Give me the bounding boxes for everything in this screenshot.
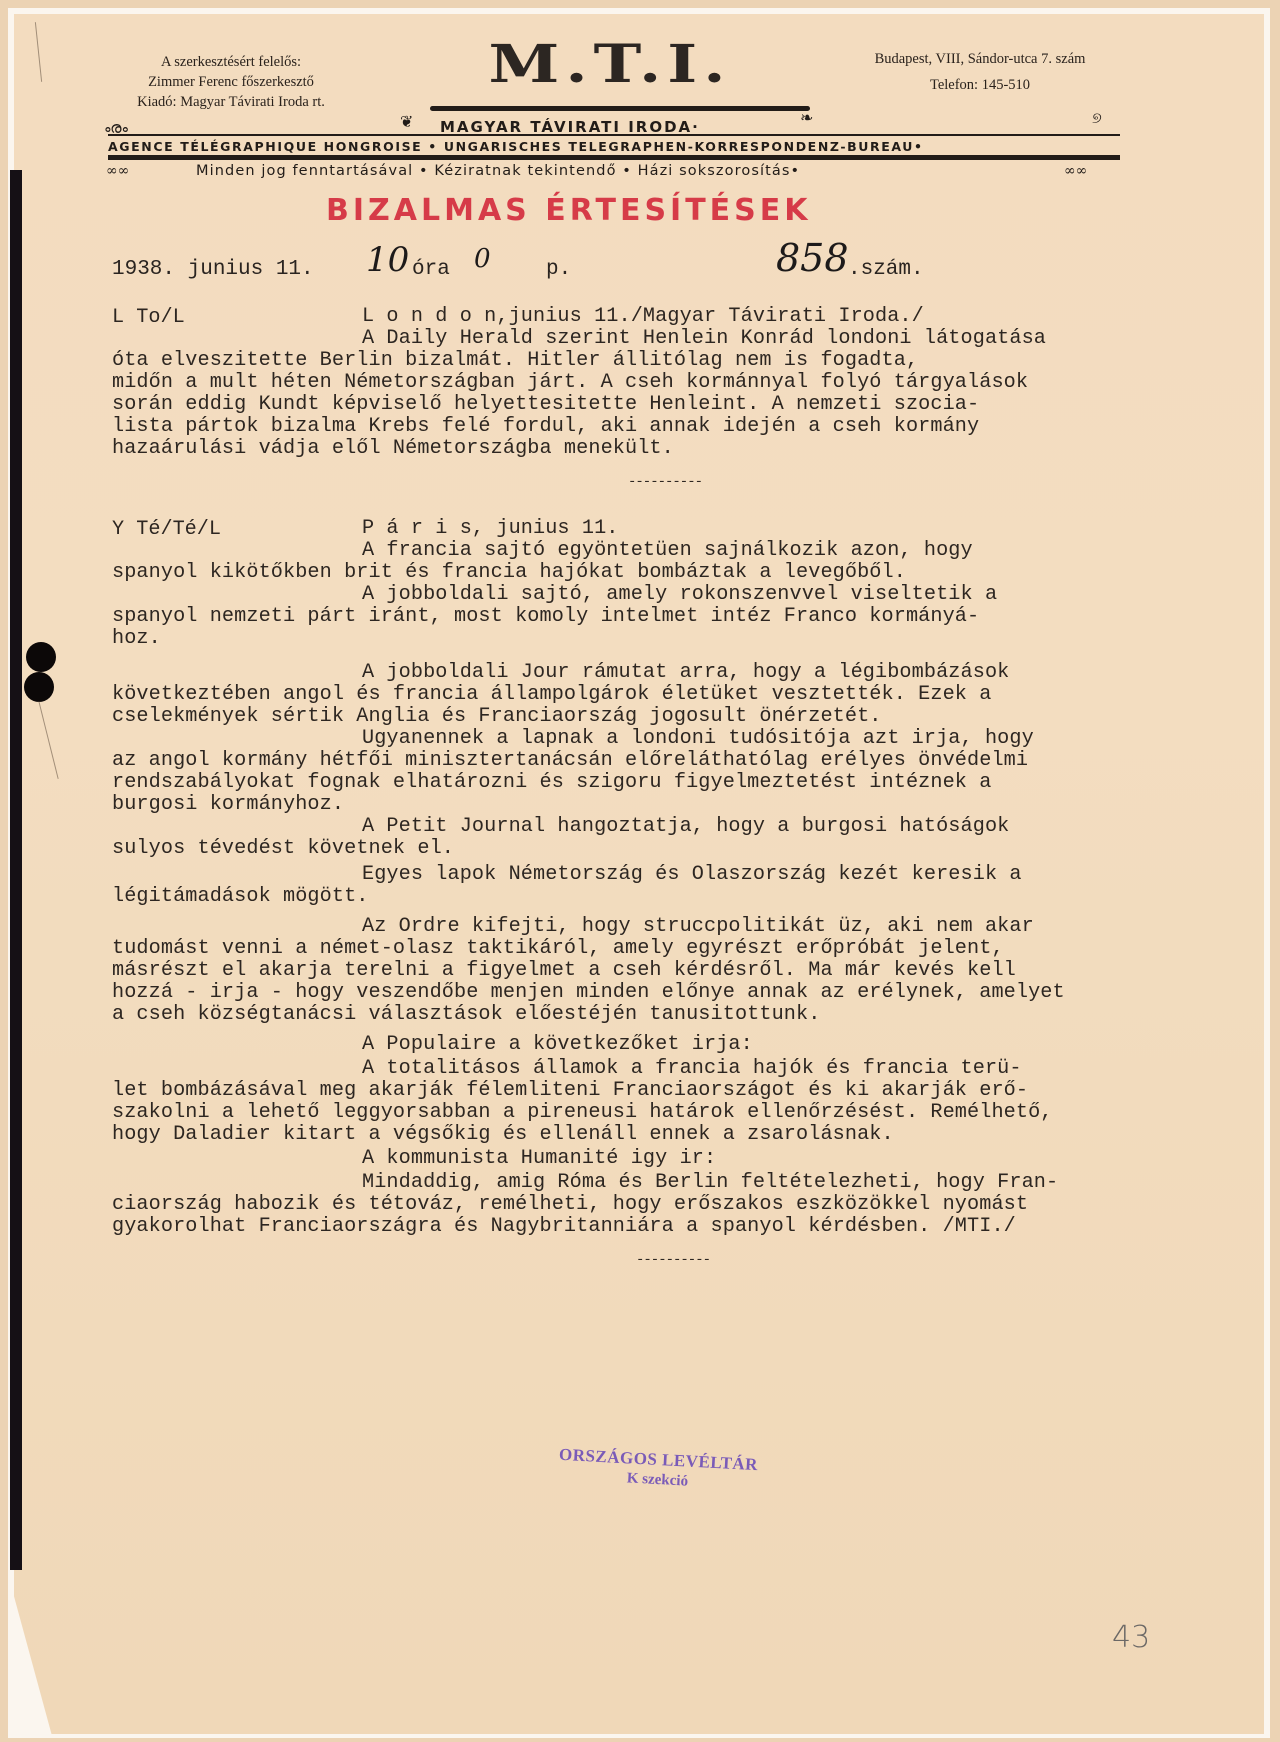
report-line: A Petit Journal hangoztatja, hogy a burg…	[362, 816, 1009, 838]
report-line: Mindaddig, amig Róma és Berlin feltétele…	[362, 1172, 1058, 1194]
report-line: let bombázásával meg akarják félemliteni…	[112, 1080, 1028, 1102]
report-line: A francia sajtó egyöntetüen sajnálkozik …	[362, 540, 973, 562]
punch-hole-icon	[26, 642, 56, 672]
report-line: következtében angol és francia állampolg…	[112, 684, 991, 706]
phone-line: Telefon: 145-510	[820, 72, 1140, 98]
editor-line: A szerkesztésért felelős:	[92, 52, 370, 72]
report-line: Az Ordre kifejti, hogy struccpolitikát ü…	[362, 916, 1034, 938]
mti-logo: M.T.I.	[420, 42, 800, 88]
address-line: Budapest, VIII, Sándor-utca 7. szám	[820, 46, 1140, 72]
issue-date: 1938. junius 11.	[112, 258, 314, 281]
page-number: 43	[1112, 1620, 1150, 1655]
report-line: a cseh községtanácsi választások előesté…	[112, 1004, 820, 1026]
report-line: A kommunista Humanité igy ir:	[362, 1148, 716, 1170]
report-line: hoz.	[112, 628, 161, 650]
handwritten-minute: 0	[474, 244, 491, 274]
report-line: hogy Daladier kitart a végsőkig és ellen…	[112, 1124, 894, 1146]
flourish-ornament-icon: ❧	[800, 108, 813, 127]
report-heading: L o n d o n,junius 11./Magyar Távirati I…	[362, 306, 924, 328]
report-line: Egyes lapok Németország és Olaszország k…	[362, 864, 1022, 886]
report-line: tudomást venni a német-olasz taktikáról,…	[112, 938, 1004, 960]
letterhead-editor-info: A szerkesztésért felelős: Zimmer Ferenc …	[92, 52, 370, 112]
report-line: hozzá - irja - hogy veszendőbe menjen mi…	[112, 982, 1065, 1004]
hour-label: óra	[412, 258, 450, 281]
rights-notice: Minden jog fenntartásával • Kéziratnak t…	[196, 163, 800, 179]
report-code: L To/L	[112, 306, 185, 329]
report-line: A jobboldali Jour rámutat arra, hogy a l…	[362, 662, 1009, 684]
flourish-ornament-icon: ∞∞	[1064, 163, 1087, 179]
report-line: az angol kormány hétfői minisztertanácsá…	[112, 750, 1028, 772]
report-separator: ----------	[628, 474, 702, 490]
report-line: óta elveszitette Berlin bizalmát. Hitler…	[112, 350, 918, 372]
report-line: sulyos tévedést követnek el.	[112, 838, 454, 860]
report-line: Ugyanennek a lapnak a londoni tudósitója…	[362, 728, 1034, 750]
report-line: légitámadások mögött.	[112, 886, 369, 908]
editor-line: Zimmer Ferenc főszerkesztő	[92, 72, 370, 92]
report-code: Y Té/Té/L	[112, 518, 221, 541]
logo-underline-rule	[430, 106, 810, 111]
report-line: szakolni a lehető leggyorsabban a pirene…	[112, 1102, 1053, 1124]
flourish-ornament-icon: ❦	[400, 112, 413, 131]
punch-hole-icon	[24, 672, 54, 702]
report-separator: ----------	[636, 1252, 710, 1268]
report-line: A Daily Herald szerint Henlein Konrád lo…	[362, 328, 1046, 350]
handwritten-hour: 10	[366, 240, 409, 280]
letterhead-address: Budapest, VIII, Sándor-utca 7. szám Tele…	[820, 46, 1140, 98]
editor-line: Kiadó: Magyar Távirati Iroda rt.	[92, 92, 370, 112]
report-line: cselekmények sértik Anglia és Franciaors…	[112, 706, 882, 728]
report-line: lista pártok bizalma Krebs felé fordul, …	[112, 416, 979, 438]
report-line: során eddig Kundt képviselő helyettesite…	[112, 394, 979, 416]
flourish-ornament-icon: ୭	[1092, 108, 1102, 128]
report-line: gyakorolhat Franciaországra és Nagybrita…	[112, 1216, 1016, 1238]
report-line: másrészt el akarja terelni a figyelmet a…	[112, 960, 1016, 982]
report-heading: P á r i s, junius 11.	[362, 518, 619, 540]
report-line: hazaárulási vádja elől Németországba men…	[112, 438, 674, 460]
report-line: A totalitásos államok a francia hajók és…	[362, 1058, 1022, 1080]
agency-name: MAGYAR TÁVIRATI IRODA·	[440, 118, 700, 136]
report-line: A jobboldali sajtó, amely rokonszenvvel …	[362, 584, 997, 606]
report-line: ciaország habozik és tétováz, remélheti,…	[112, 1194, 1028, 1216]
report-line: spanyol nemzeti párt iránt, most komoly …	[112, 606, 979, 628]
minute-label: p.	[546, 258, 571, 281]
report-line: rendszabályokat fognak elhatározni és sz…	[112, 772, 991, 794]
report-line: A Populaire a következőket irja:	[362, 1034, 753, 1056]
report-line: midőn a mult héten Németországban járt. …	[112, 372, 1028, 394]
handwritten-issue-number: 858	[776, 236, 849, 280]
report-line: spanyol kikötőkben brit és francia hajók…	[112, 562, 906, 584]
report-line: burgosi kormányhoz.	[112, 794, 344, 816]
agency-foreign-names: AGENCE TÉLÉGRAPHIQUE HONGROISE • UNGARIS…	[108, 139, 924, 154]
page-title: BIZALMAS ÉRTESÍTÉSEK	[326, 193, 812, 228]
number-label: .szám.	[848, 258, 924, 281]
header-rule-bold	[108, 155, 1120, 160]
scanner-edge-shadow	[10, 170, 22, 1570]
flourish-ornament-icon: ൟ	[104, 118, 128, 138]
flourish-ornament-icon: ∞∞	[106, 163, 129, 179]
